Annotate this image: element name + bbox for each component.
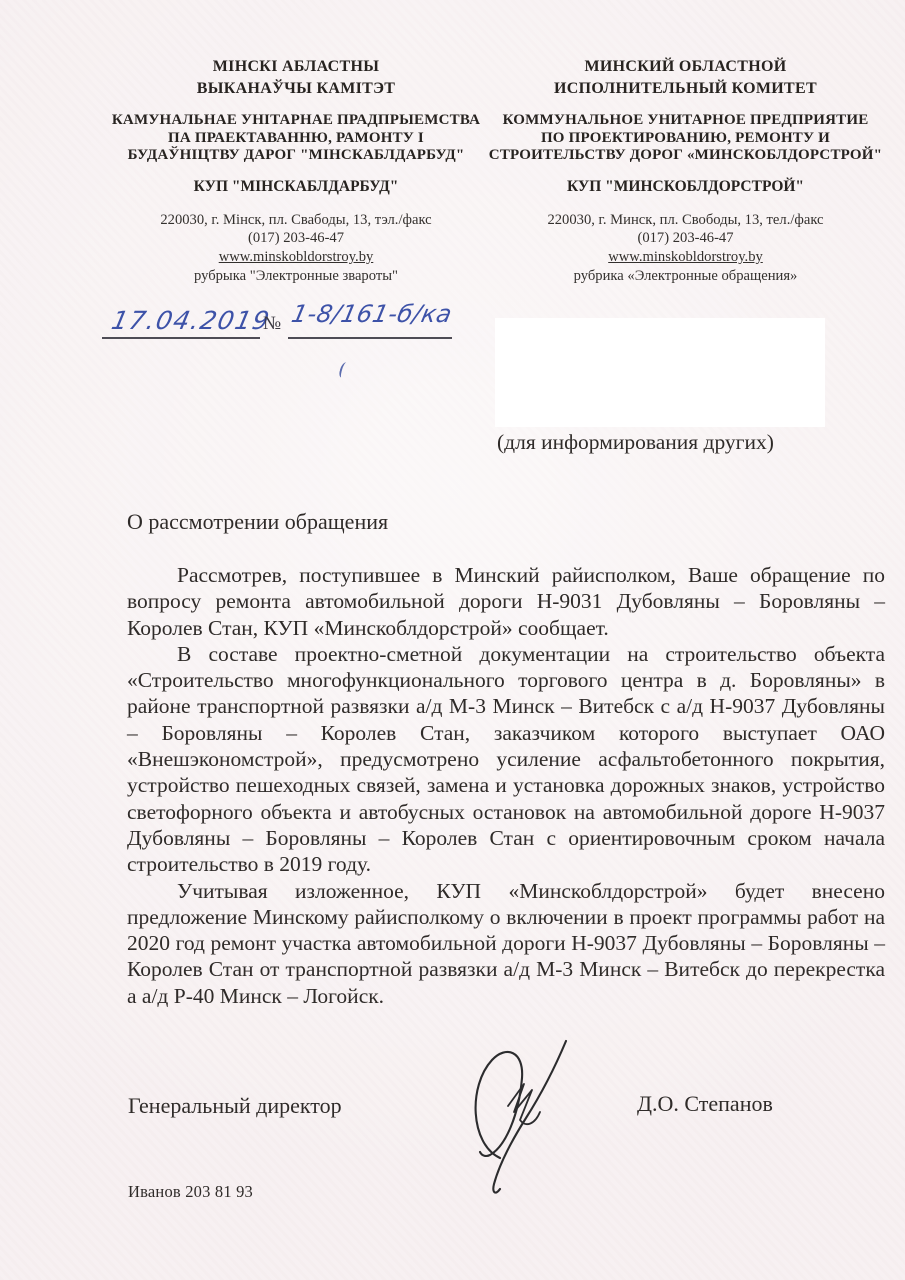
committee-name-by: МІНСКІ АБЛАСТНЫ ВЫКАНАЎЧЫ КАМІТЭТ (92, 56, 500, 100)
committee-line: МИНСКИЙ ОБЛАСТНОЙ (478, 56, 893, 78)
website-url: www.minskobldorstroy.by (92, 248, 500, 267)
org-line: ПО ПРОЕКТИРОВАНИЮ, РЕМОНТУ И (478, 130, 893, 148)
body-paragraph: Рассмотрев, поступившее в Минский райисп… (127, 562, 885, 641)
committee-line: ИСПОЛНИТЕЛЬНЫЙ КОМИТЕТ (478, 78, 893, 100)
committee-line: ВЫКАНАЎЧЫ КАМІТЭТ (92, 78, 500, 100)
body-paragraph: В составе проектно-сметной документации … (127, 641, 885, 878)
org-short-name-by: КУП "МІНСКАБЛДАРБУД" (92, 178, 500, 195)
letterhead-belarusian: МІНСКІ АБЛАСТНЫ ВЫКАНАЎЧЫ КАМІТЭТ КАМУНА… (92, 56, 500, 285)
org-short-name-ru: КУП "МИНСКОБЛДОРСТРОЙ" (478, 178, 893, 195)
organization-name-by: КАМУНАЛЬНАЕ УНІТАРНАЕ ПРАДПРЫЕМСТВА ПА П… (92, 112, 500, 165)
rubric-note: рубрика «Электронные обращения» (478, 267, 893, 286)
letterhead-russian: МИНСКИЙ ОБЛАСТНОЙ ИСПОЛНИТЕЛЬНЫЙ КОМИТЕТ… (478, 56, 893, 285)
redacted-addressee-area (495, 318, 825, 427)
org-line: КАМУНАЛЬНАЕ УНІТАРНАЕ ПРАДПРЫЕМСТВА (92, 112, 500, 130)
signer-position-title: Генеральный директор (128, 1093, 342, 1119)
scanned-letter-page: МІНСКІ АБЛАСТНЫ ВЫКАНАЎЧЫ КАМІТЭТ КАМУНА… (0, 0, 905, 1280)
date-rule-line (102, 337, 260, 339)
number-sign: № (263, 313, 281, 335)
phone-number: (017) 203-46-47 (92, 229, 500, 248)
addressee-note: (для информирования других) (497, 430, 774, 455)
website-url: www.minskobldorstroy.by (478, 248, 893, 267)
body-paragraph: Учитывая изложенное, КУП «Минскоблдорстр… (127, 878, 885, 1009)
org-line: СТРОИТЕЛЬСТВУ ДОРОГ «МИНСКОБЛДОРСТРОЙ" (478, 147, 893, 165)
handwritten-signature (450, 1034, 585, 1204)
postal-address: 220030, г. Мінск, пл. Свабоды, 13, тэл./… (92, 211, 500, 230)
number-rule-line (288, 337, 452, 339)
org-line: КОММУНАЛЬНОЕ УНИТАРНОЕ ПРЕДПРИЯТИЕ (478, 112, 893, 130)
contact-block-by: 220030, г. Мінск, пл. Свабоды, 13, тэл./… (92, 211, 500, 285)
organization-name-ru: КОММУНАЛЬНОЕ УНИТАРНОЕ ПРЕДПРИЯТИЕ ПО ПР… (478, 112, 893, 165)
stray-pen-mark (338, 361, 350, 378)
phone-number: (017) 203-46-47 (478, 229, 893, 248)
committee-name-ru: МИНСКИЙ ОБЛАСТНОЙ ИСПОЛНИТЕЛЬНЫЙ КОМИТЕТ (478, 56, 893, 100)
committee-line: МІНСКІ АБЛАСТНЫ (92, 56, 500, 78)
org-line: БУДАЎНІЦТВУ ДАРОГ "МІНСКАБЛДАРБУД" (92, 147, 500, 165)
subject-line: О рассмотрении обращения (127, 509, 388, 535)
contact-block-ru: 220030, г. Минск, пл. Свободы, 13, тел./… (478, 211, 893, 285)
signer-name: Д.О. Степанов (637, 1091, 773, 1117)
letter-body: Рассмотрев, поступившее в Минский райисп… (127, 562, 885, 1009)
handwritten-outgoing-number: 1-8/161-б/ка (289, 300, 455, 328)
rubric-note: рубрыка "Электронные звароты" (92, 267, 500, 286)
executor-contact: Иванов 203 81 93 (128, 1182, 253, 1202)
postal-address: 220030, г. Минск, пл. Свободы, 13, тел./… (478, 211, 893, 230)
handwritten-date: 17.04.2019 (109, 306, 273, 335)
org-line: ПА ПРАЕКТАВАННЮ, РАМОНТУ І (92, 130, 500, 148)
